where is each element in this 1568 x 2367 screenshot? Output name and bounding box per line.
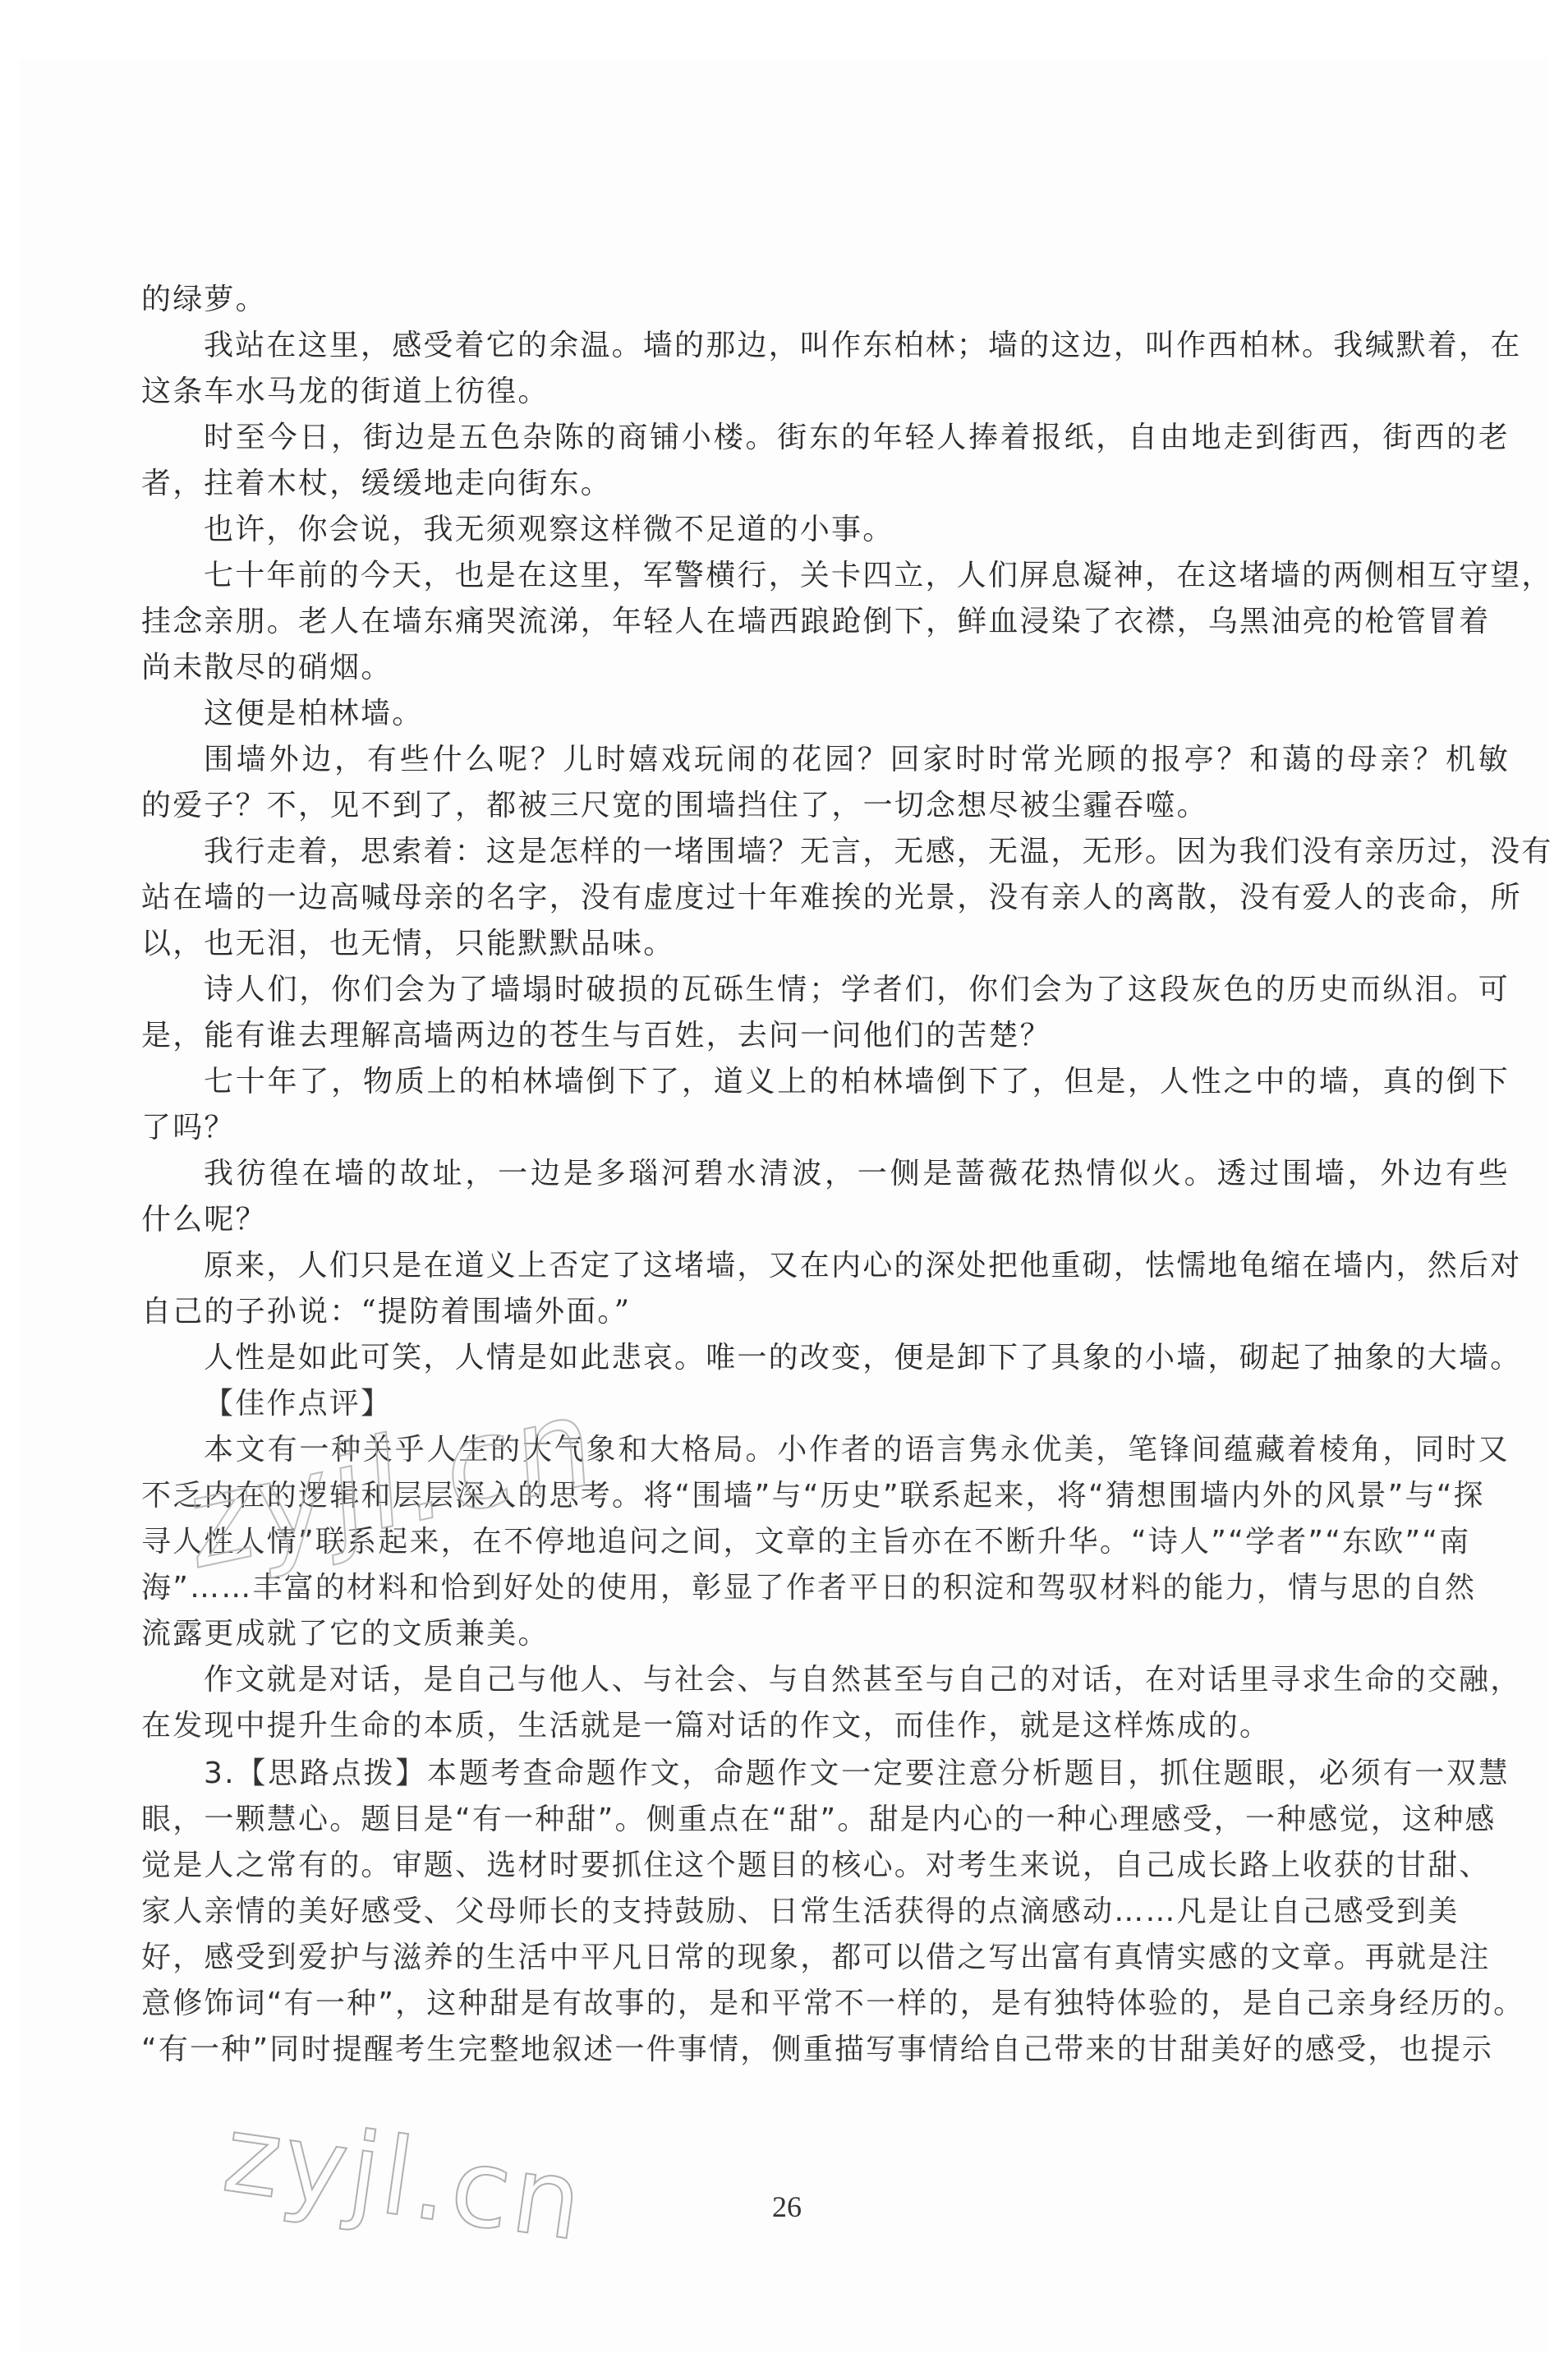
commentary-line: 不乏内在的逻辑和层层深入的思考。将“围墙”与“历史”联系起来，将“猜想围墙内外的… xyxy=(141,1473,1447,1519)
essay-line: 我站在这里，感受着它的余温。墙的那边，叫作东柏林；墙的这边，叫作西柏林。我缄默着… xyxy=(141,323,1510,369)
essay-line: 围墙外边，有些什么呢？儿时嬉戏玩闹的花园？回家时时常光顾的报亭？和蔼的母亲？机敏 xyxy=(141,737,1510,783)
guidance-line: 觉是人之常有的。审题、选材时要抓住这个题目的核心。对考生来说，自己成长路上收获的… xyxy=(141,1843,1447,1889)
essay-line: 什么呢？ xyxy=(141,1197,1447,1243)
essay-line: 诗人们，你们会为了墙塌时破损的瓦砾生情；学者们，你们会为了这段灰色的历史而纵泪。… xyxy=(141,967,1510,1013)
essay-line: 人性是如此可笑，人情是如此悲哀。唯一的改变，便是卸下了具象的小墙，砌起了抽象的大… xyxy=(141,1335,1510,1381)
essay-line: 也许，你会说，我无须观察这样微不足道的小事。 xyxy=(141,507,1510,553)
essay-line: 七十年了，物质上的柏林墙倒下了，道义上的柏林墙倒下了，但是，人性之中的墙，真的倒… xyxy=(141,1059,1510,1105)
essay-line: 自己的子孙说：“提防着围墙外面。” xyxy=(141,1289,1447,1335)
essay-line: 时至今日，街边是五色杂陈的商铺小楼。街东的年轻人捧着报纸，自由地走到街西，街西的… xyxy=(141,415,1510,461)
guidance-line: 意修饰词“有一种”，这种甜是有故事的，是和平常不一样的，是有独特体验的，是自己亲… xyxy=(141,1981,1447,2027)
essay-line: 的绿萝。 xyxy=(141,277,1447,323)
essay-line: 挂念亲朋。老人在墙东痛哭流涕，年轻人在墙西踉跄倒下，鲜血浸染了衣襟，乌黑油亮的枪… xyxy=(141,599,1447,645)
guidance-line: “有一种”同时提醒考生完整地叙述一件事情，侧重描写事情给自己带来的甘甜美好的感受… xyxy=(141,2027,1447,2073)
essay-line: 是，能有谁去理解高墙两边的苍生与百姓，去问一问他们的苦楚？ xyxy=(141,1013,1447,1059)
essay-line: 这条车水马龙的街道上彷徨。 xyxy=(141,369,1447,415)
commentary-line: 作文就是对话，是自己与他人、与社会、与自然甚至与自己的对话，在对话里寻求生命的交… xyxy=(141,1657,1510,1703)
commentary-line: 本文有一种关乎人生的大气象和大格局。小作者的语言隽永优美，笔锋间蕴藏着棱角，同时… xyxy=(141,1427,1510,1473)
commentary-line: 在发现中提升生命的本质，生活就是一篇对话的作文，而佳作，就是这样炼成的。 xyxy=(141,1703,1447,1749)
guidance-text: 本题考查命题作文，命题作文一定要注意分析题目，抓住题眼，必须有一双慧 xyxy=(427,1757,1510,1790)
guidance-heading: 【思路点拨】 xyxy=(236,1757,427,1790)
commentary-line: 流露更成就了它的文质兼美。 xyxy=(141,1611,1447,1657)
commentary-line: 海”……丰富的材料和恰到好处的使用，彰显了作者平日的积淀和驾驭材料的能力，情与思… xyxy=(141,1565,1447,1611)
guidance-line: 好，感受到爱护与滋养的生活中平凡日常的现象，都可以借之写出富有真情实感的文章。再… xyxy=(141,1935,1447,1981)
commentary-line: 寻人性人情”联系起来，在不停地追问之间，文章的主旨亦在不断升华。“诗人”“学者”… xyxy=(141,1519,1447,1565)
essay-line: 我行走着，思索着：这是怎样的一堵围墙？无言，无感，无温，无形。因为我们没有亲历过… xyxy=(141,829,1510,875)
commentary-heading: 【佳作点评】 xyxy=(141,1381,1510,1427)
essay-line: 我彷徨在墙的故址，一边是多瑙河碧水清波，一侧是蔷薇花热情似火。透过围墙，外边有些 xyxy=(141,1151,1510,1197)
essay-line: 原来，人们只是在道义上否定了这堵墙，又在内心的深处把他重砌，怯懦地龟缩在墙内，然… xyxy=(141,1243,1510,1289)
essay-line: 这便是柏林墙。 xyxy=(141,691,1510,737)
guidance-number: 3. xyxy=(204,1757,236,1790)
essay-line: 尚未散尽的硝烟。 xyxy=(141,645,1447,691)
essay-line: 者，拄着木杖，缓缓地走向街东。 xyxy=(141,461,1447,507)
essay-line: 以，也无泪，也无情，只能默默品味。 xyxy=(141,921,1447,967)
guidance-line: 3.【思路点拨】本题考查命题作文，命题作文一定要注意分析题目，抓住题眼，必须有一… xyxy=(141,1751,1510,1797)
guidance-line: 家人亲情的美好感受、父母师长的支持鼓励、日常生活获得的点滴感动……凡是让自己感受… xyxy=(141,1889,1447,1935)
essay-line: 的爱子？不，见不到了，都被三尺宽的围墙挡住了，一切念想尽被尘霾吞噬。 xyxy=(141,783,1447,829)
page-number: 26 xyxy=(764,2190,810,2224)
essay-line: 站在墙的一边高喊母亲的名字，没有虚度过十年难挨的光景，没有亲人的离散，没有爱人的… xyxy=(141,875,1447,921)
essay-line: 七十年前的今天，也是在这里，军警横行，关卡四立，人们屏息凝神，在这堵墙的两侧相互… xyxy=(141,553,1510,599)
guidance-line: 眼，一颗慧心。题目是“有一种甜”。侧重点在“甜”。甜是内心的一种心理感受，一种感… xyxy=(141,1797,1447,1843)
essay-line: 了吗？ xyxy=(141,1105,1447,1151)
